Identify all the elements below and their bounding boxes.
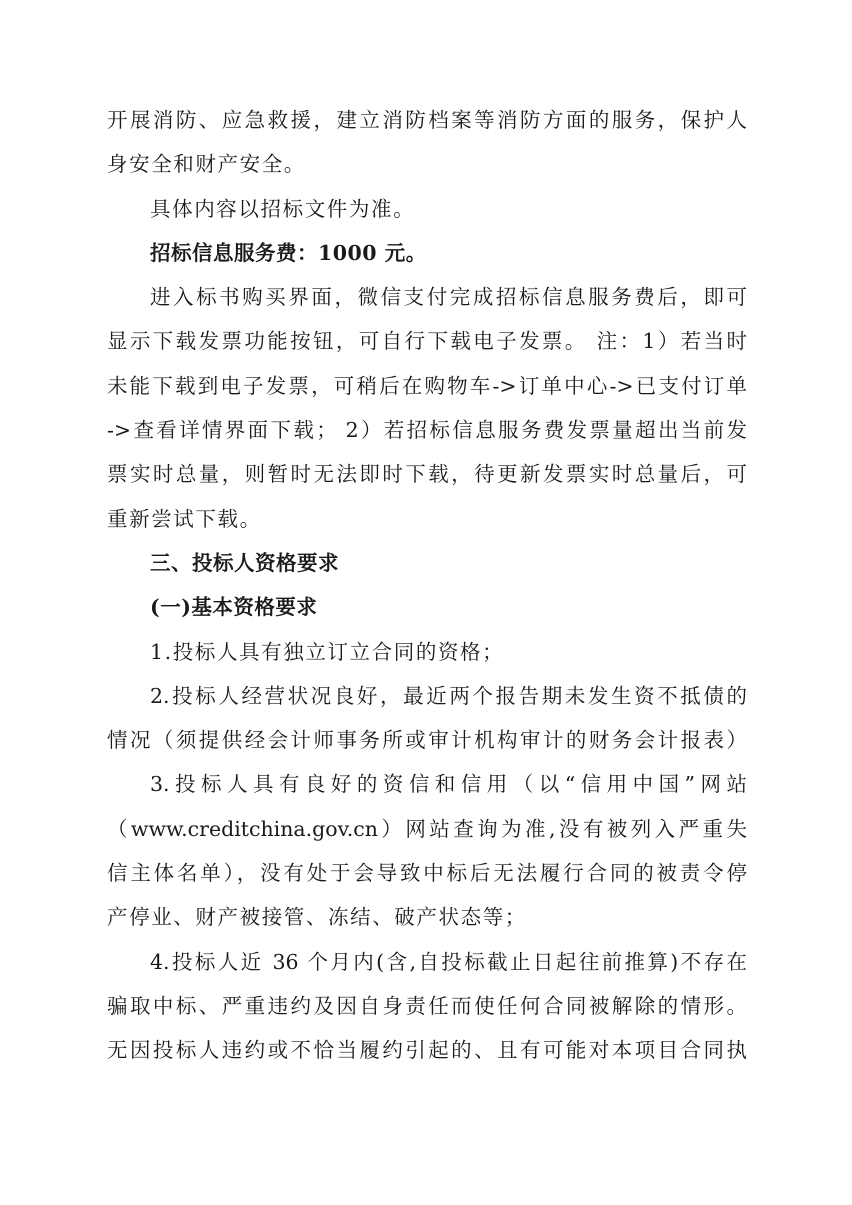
section-heading: 三、投标人资格要求 — [107, 541, 747, 585]
list-item: 3.投标人具有良好的资信和信用（以“信用中国”网站 — [107, 762, 747, 806]
body-line: 未能下载到电子发票，可稍后在购物车->订单中心->已支付订单 — [107, 364, 747, 408]
body-line: 显示下载发票功能按钮，可自行下载电子发票。 注：1）若当时 — [107, 319, 747, 363]
body-line: 骗取中标、严重违约及因自身责任而使任何合同被解除的情形。 — [107, 984, 747, 1028]
body-line: 开展消防、应急救援，建立消防档案等消防方面的服务，保护人 — [107, 98, 747, 142]
body-paragraph: 进入标书购买界面，微信支付完成招标信息服务费后，即可 — [107, 275, 747, 319]
body-line: 身安全和财产安全。 — [107, 142, 747, 186]
list-item: 2.投标人经营状况良好，最近两个报告期未发生资不抵债的 — [107, 674, 747, 718]
body-paragraph: 具体内容以招标文件为准。 — [107, 187, 747, 231]
document-page: 开展消防、应急救援，建立消防档案等消防方面的服务，保护人 身安全和财产安全。 具… — [107, 98, 747, 1073]
body-line: 情况（须提供经会计师事务所或审计机构审计的财务会计报表） — [107, 718, 747, 762]
body-line: 票实时总量，则暂时无法即时下载，待更新发票实时总量后，可 — [107, 452, 747, 496]
body-line: 产停业、财产被接管、冻结、破产状态等； — [107, 895, 747, 939]
body-line: ->查看详情界面下载； 2）若招标信息服务费发票量超出当前发 — [107, 408, 747, 452]
subsection-heading: (一)基本资格要求 — [107, 585, 747, 629]
body-line: （www.creditchina.gov.cn）网站查询为准,没有被列入严重失 — [107, 807, 747, 851]
body-line: 无因投标人违约或不恰当履约引起的、且有可能对本项目合同执 — [107, 1028, 747, 1072]
list-item: 1.投标人具有独立订立合同的资格； — [107, 630, 747, 674]
list-item: 4.投标人近 36 个月内(含,自投标截止日起往前推算)不存在 — [107, 940, 747, 984]
body-line: 重新尝试下载。 — [107, 497, 747, 541]
service-fee-line: 招标信息服务费：1000 元。 — [107, 231, 747, 275]
body-line: 信主体名单），没有处于会导致中标后无法履行合同的被责令停 — [107, 851, 747, 895]
